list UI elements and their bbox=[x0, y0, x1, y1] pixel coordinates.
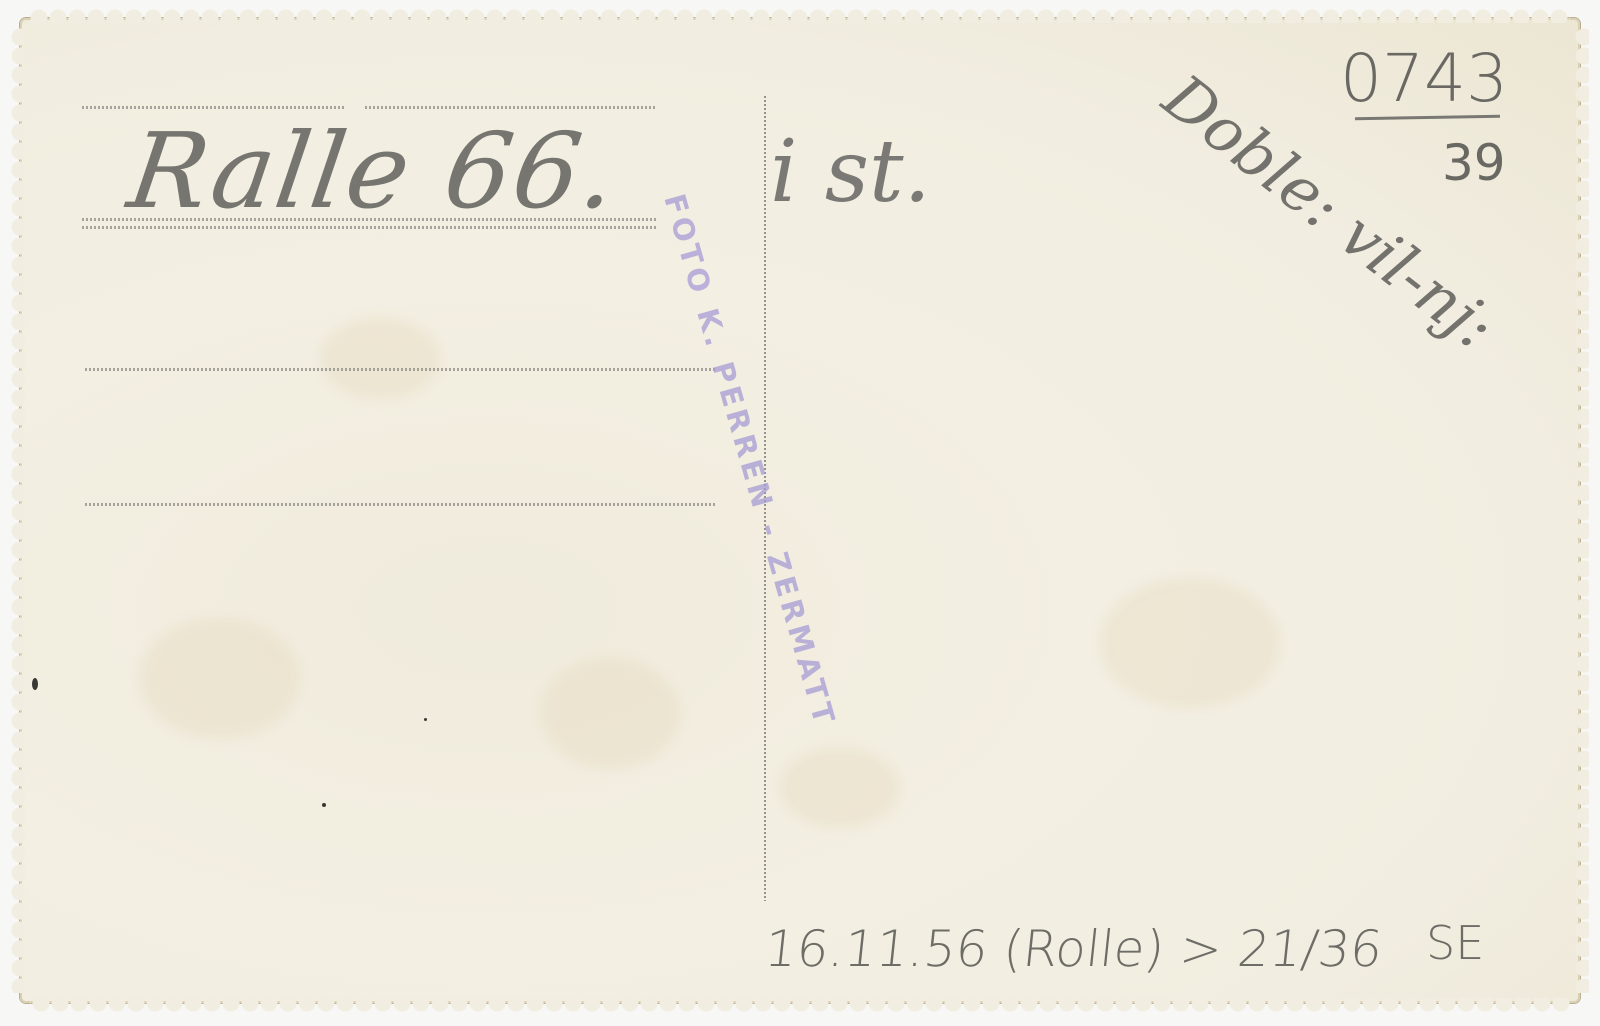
paper-stain bbox=[1100, 578, 1280, 708]
scalloped-edge-left bbox=[11, 28, 25, 993]
handwritten-main-note: Ralle 66. bbox=[121, 110, 625, 232]
handwritten-main-note-continued: i st. bbox=[770, 122, 931, 222]
paper-speck bbox=[424, 718, 427, 721]
paper-stain bbox=[320, 318, 440, 398]
reference-sub-number: 39 bbox=[1442, 134, 1506, 192]
scalloped-edge-right bbox=[1575, 28, 1589, 993]
paper-stain bbox=[540, 658, 680, 768]
paper-speck bbox=[32, 678, 38, 690]
address-line bbox=[82, 106, 344, 109]
initials: SE bbox=[1426, 916, 1484, 970]
paper-stain bbox=[780, 748, 900, 828]
address-line bbox=[85, 503, 715, 506]
scalloped-edge-top bbox=[30, 9, 1570, 23]
address-line bbox=[85, 368, 715, 371]
paper-stain bbox=[140, 618, 300, 738]
address-line bbox=[365, 106, 657, 109]
paper-speck bbox=[322, 803, 326, 807]
reference-number: 0743 bbox=[1340, 40, 1508, 117]
scalloped-edge-bottom bbox=[30, 998, 1570, 1012]
bottom-date-note: 16.11.56 (Rolle) > 21/36 bbox=[762, 920, 1385, 978]
